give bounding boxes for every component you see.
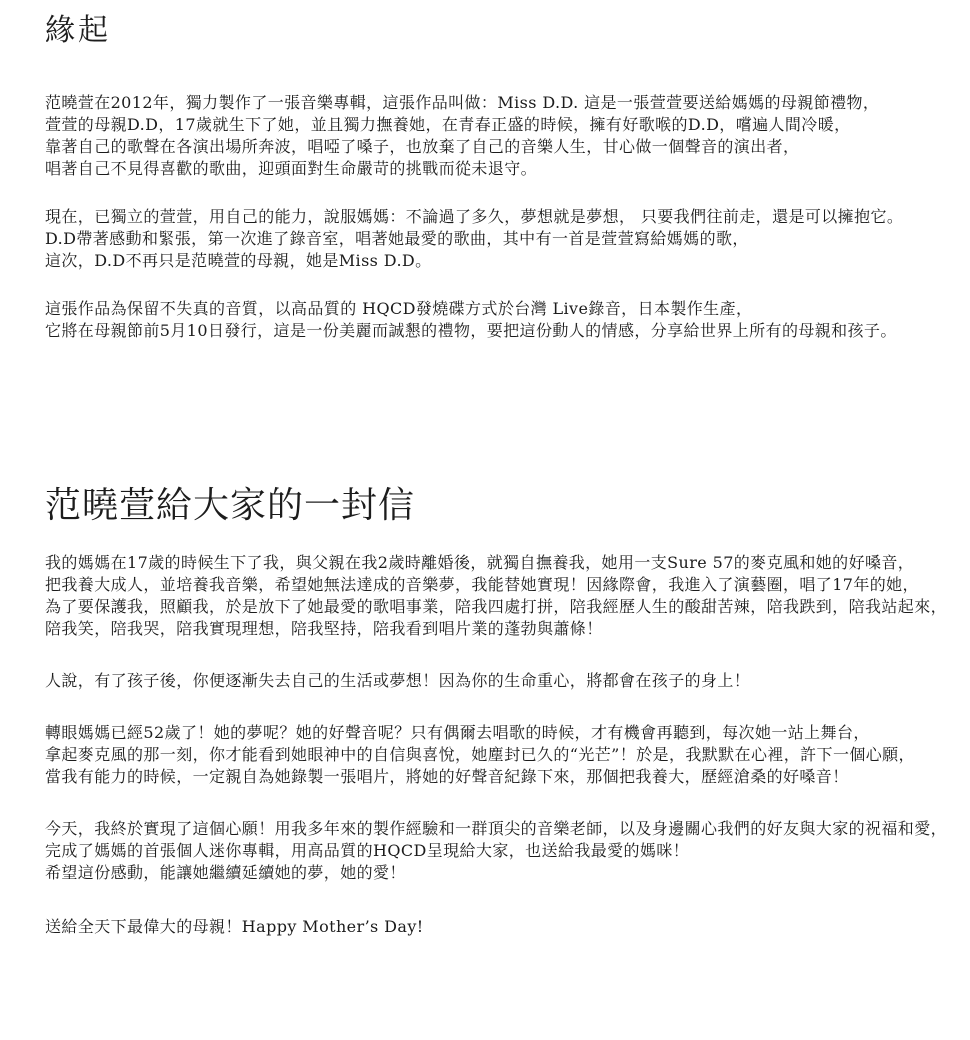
text-line: D.D帶著感動和緊張，第一次進了錄音室，唱著她最愛的歌曲，其中有一首是萱萱寫給媽…: [45, 228, 952, 250]
text-line: 范曉萱在2012年，獨力製作了一張音樂專輯，這張作品叫做：Miss D.D. 這…: [45, 92, 952, 114]
text-line: 現在，已獨立的萱萱，用自己的能力，說服媽媽：不論過了多久，夢想就是夢想， 只要我…: [45, 206, 952, 228]
text-line: 拿起麥克風的那一刻，你才能看到她眼神中的自信與喜悅，她塵封已久的“光芒”！於是，…: [45, 744, 952, 766]
text-line: 萱萱的母親D.D，17歲就生下了她，並且獨力撫養她，在青春正盛的時候，擁有好歌喉…: [45, 114, 952, 136]
document-page: 緣起 范曉萱在2012年，獨力製作了一張音樂專輯，這張作品叫做：Miss D.D…: [0, 0, 970, 1040]
letter-paragraph-4: 今天，我終於實現了這個心願！用我多年來的製作經驗和一群頂尖的音樂老師，以及身邊關…: [45, 818, 952, 884]
text-line: 人說，有了孩子後，你便逐漸失去自己的生活或夢想！因為你的生命重心，將都會在孩子的…: [45, 670, 952, 692]
text-line: 轉眼媽媽已經52歲了！她的夢呢？她的好聲音呢？只有偶爾去唱歌的時候，才有機會再聽…: [45, 722, 952, 744]
origin-paragraph-2: 現在，已獨立的萱萱，用自己的能力，說服媽媽：不論過了多久，夢想就是夢想， 只要我…: [45, 206, 952, 272]
letter-paragraph-1: 我的媽媽在17歲的時候生下了我，與父親在我2歲時離婚後，就獨自撫養我，她用一支S…: [45, 552, 952, 640]
text-line: 唱著自己不見得喜歡的歌曲，迎頭面對生命嚴苛的挑戰而從未退守。: [45, 158, 952, 180]
text-line: 這張作品為保留不失真的音質，以高品質的 HQCD發燒碟方式於台灣 Live錄音，…: [45, 298, 952, 320]
text-line: 這次，D.D不再只是范曉萱的母親，她是Miss D.D。: [45, 250, 952, 272]
text-line: 送給全天下最偉大的母親！Happy Mother’s Day!: [45, 916, 952, 938]
letter-closing-line: 送給全天下最偉大的母親！Happy Mother’s Day!: [45, 916, 952, 938]
text-line: 它將在母親節前5月10日發行，這是一份美麗而誠懇的禮物，要把這份動人的情感，分享…: [45, 320, 952, 342]
origin-paragraph-1: 范曉萱在2012年，獨力製作了一張音樂專輯，這張作品叫做：Miss D.D. 這…: [45, 92, 952, 180]
origin-paragraph-3: 這張作品為保留不失真的音質，以高品質的 HQCD發燒碟方式於台灣 Live錄音，…: [45, 298, 952, 342]
text-line: 我的媽媽在17歲的時候生下了我，與父親在我2歲時離婚後，就獨自撫養我，她用一支S…: [45, 552, 952, 574]
text-line: 把我養大成人，並培養我音樂，希望她無法達成的音樂夢，我能替她實現！因緣際會，我進…: [45, 574, 952, 596]
text-line: 靠著自己的歌聲在各演出場所奔波，唱啞了嗓子，也放棄了自己的音樂人生，甘心做一個聲…: [45, 136, 952, 158]
section-letter: 范曉萱給大家的一封信 我的媽媽在17歲的時候生下了我，與父親在我2歲時離婚後，就…: [45, 484, 952, 938]
text-line: 陪我笑，陪我哭，陪我實現理想，陪我堅持，陪我看到唱片業的蓬勃與蕭條！: [45, 618, 952, 640]
letter-paragraph-2: 人說，有了孩子後，你便逐漸失去自己的生活或夢想！因為你的生命重心，將都會在孩子的…: [45, 670, 952, 692]
section-origin: 緣起 范曉萱在2012年，獨力製作了一張音樂專輯，這張作品叫做：Miss D.D…: [45, 12, 952, 342]
letter-paragraph-3: 轉眼媽媽已經52歲了！她的夢呢？她的好聲音呢？只有偶爾去唱歌的時候，才有機會再聽…: [45, 722, 952, 788]
text-line: 當我有能力的時候，一定親自為她錄製一張唱片，將她的好聲音紀錄下來，那個把我養大，…: [45, 766, 952, 788]
letter-heading: 范曉萱給大家的一封信: [45, 484, 952, 528]
text-line: 為了要保護我，照顧我，於是放下了她最愛的歌唱事業，陪我四處打拼，陪我經歷人生的酸…: [45, 596, 952, 618]
text-line: 完成了媽媽的首張個人迷你專輯，用高品質的HQCD呈現給大家，也送給我最愛的媽咪！: [45, 840, 952, 862]
text-line: 希望這份感動，能讓她繼續延續她的夢，她的愛！: [45, 862, 952, 884]
text-line: 今天，我終於實現了這個心願！用我多年來的製作經驗和一群頂尖的音樂老師，以及身邊關…: [45, 818, 952, 840]
origin-heading: 緣起: [45, 12, 952, 50]
